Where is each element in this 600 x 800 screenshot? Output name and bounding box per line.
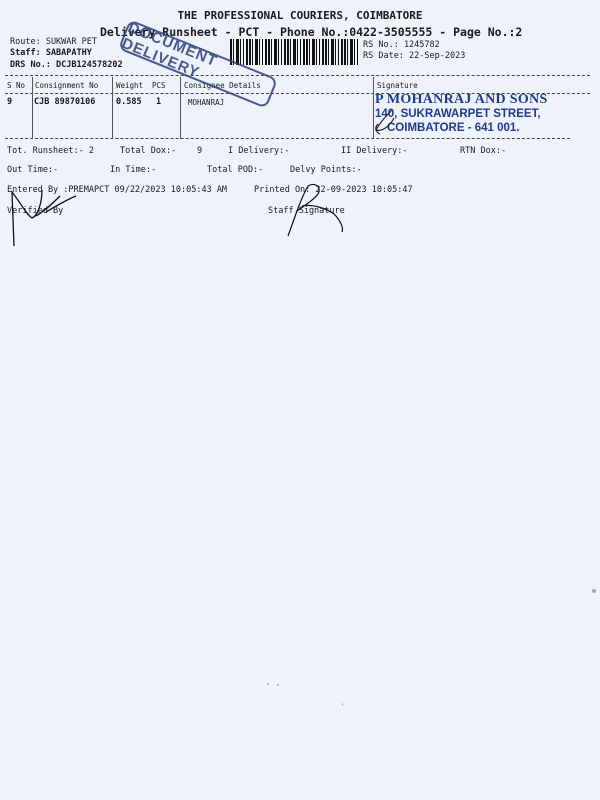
verified-by-label: Verified By [7, 206, 63, 216]
tot-runsheet: Tot. Runsheet:- 2 [7, 146, 94, 156]
in-time: In Time:- [110, 165, 156, 175]
scan-speck [277, 684, 279, 686]
cell-sno: 9 [7, 97, 12, 107]
rtn-dox: RTN Dox:- [460, 146, 506, 156]
col-divider [373, 77, 374, 139]
route-label: Route: SUKWAR PET [10, 37, 97, 47]
entered-by: Entered By :PREMAPCT 09/22/2023 10:05:43… [7, 185, 227, 195]
printed-on: Printed On: 22-09-2023 10:05:47 [254, 185, 413, 195]
address-line-2: 140, SUKRAWARPET STREET, [375, 107, 548, 121]
col-header-sno: S No [7, 81, 25, 90]
consignee-address-stamp: P MOHANRAJ AND SONS 140, SUKRAWARPET STR… [375, 92, 548, 135]
ii-delivery: II Delivery:- [341, 146, 408, 156]
table-top-rule [5, 75, 590, 76]
address-line-1: P MOHANRAJ AND SONS [375, 92, 548, 107]
total-dox-label: Total Dox:- [120, 146, 176, 156]
staff-signature-label: Staff Signature [268, 206, 345, 216]
rs-number: RS No.: 1245782 [363, 40, 440, 50]
cell-weight: 0.585 [116, 97, 142, 107]
col-divider [32, 77, 33, 139]
table-bottom-rule [5, 138, 570, 139]
out-time: Out Time:- [7, 165, 58, 175]
col-header-weight: Weight [116, 81, 143, 90]
i-delivery: I Delivery:- [228, 146, 289, 156]
verifier-signature-icon [6, 188, 86, 250]
drs-number: DRS No.: DCJB124578202 [10, 60, 123, 70]
scan-speck [592, 589, 596, 593]
rs-date: RS Date: 22-Sep-2023 [363, 51, 465, 61]
barcode [230, 39, 358, 65]
cell-pcs: 1 [156, 97, 161, 107]
cell-consignee: MOHANRAJ [188, 98, 224, 107]
col-header-consignment: Consignment No [35, 81, 98, 90]
col-header-signature: Signature [377, 81, 418, 90]
staff-label: Staff: SABAPATHY [10, 48, 92, 58]
address-line-3: COIMBATORE - 641 001. [375, 121, 548, 135]
delvy-points: Delvy Points:- [290, 165, 362, 175]
delivery-runsheet-page: THE PROFESSIONAL COURIERS, COIMBATORE De… [0, 0, 600, 800]
total-pod: Total POD:- [207, 165, 263, 175]
col-divider [112, 77, 113, 139]
col-header-pcs: PCS [152, 81, 166, 90]
company-title: THE PROFESSIONAL COURIERS, COIMBATORE [0, 9, 600, 22]
col-divider [180, 77, 181, 139]
total-dox-value: 9 [197, 146, 202, 156]
scan-speck [342, 703, 343, 706]
scan-speck [267, 683, 269, 685]
cell-consignment-no: CJB 89870106 [34, 97, 95, 107]
